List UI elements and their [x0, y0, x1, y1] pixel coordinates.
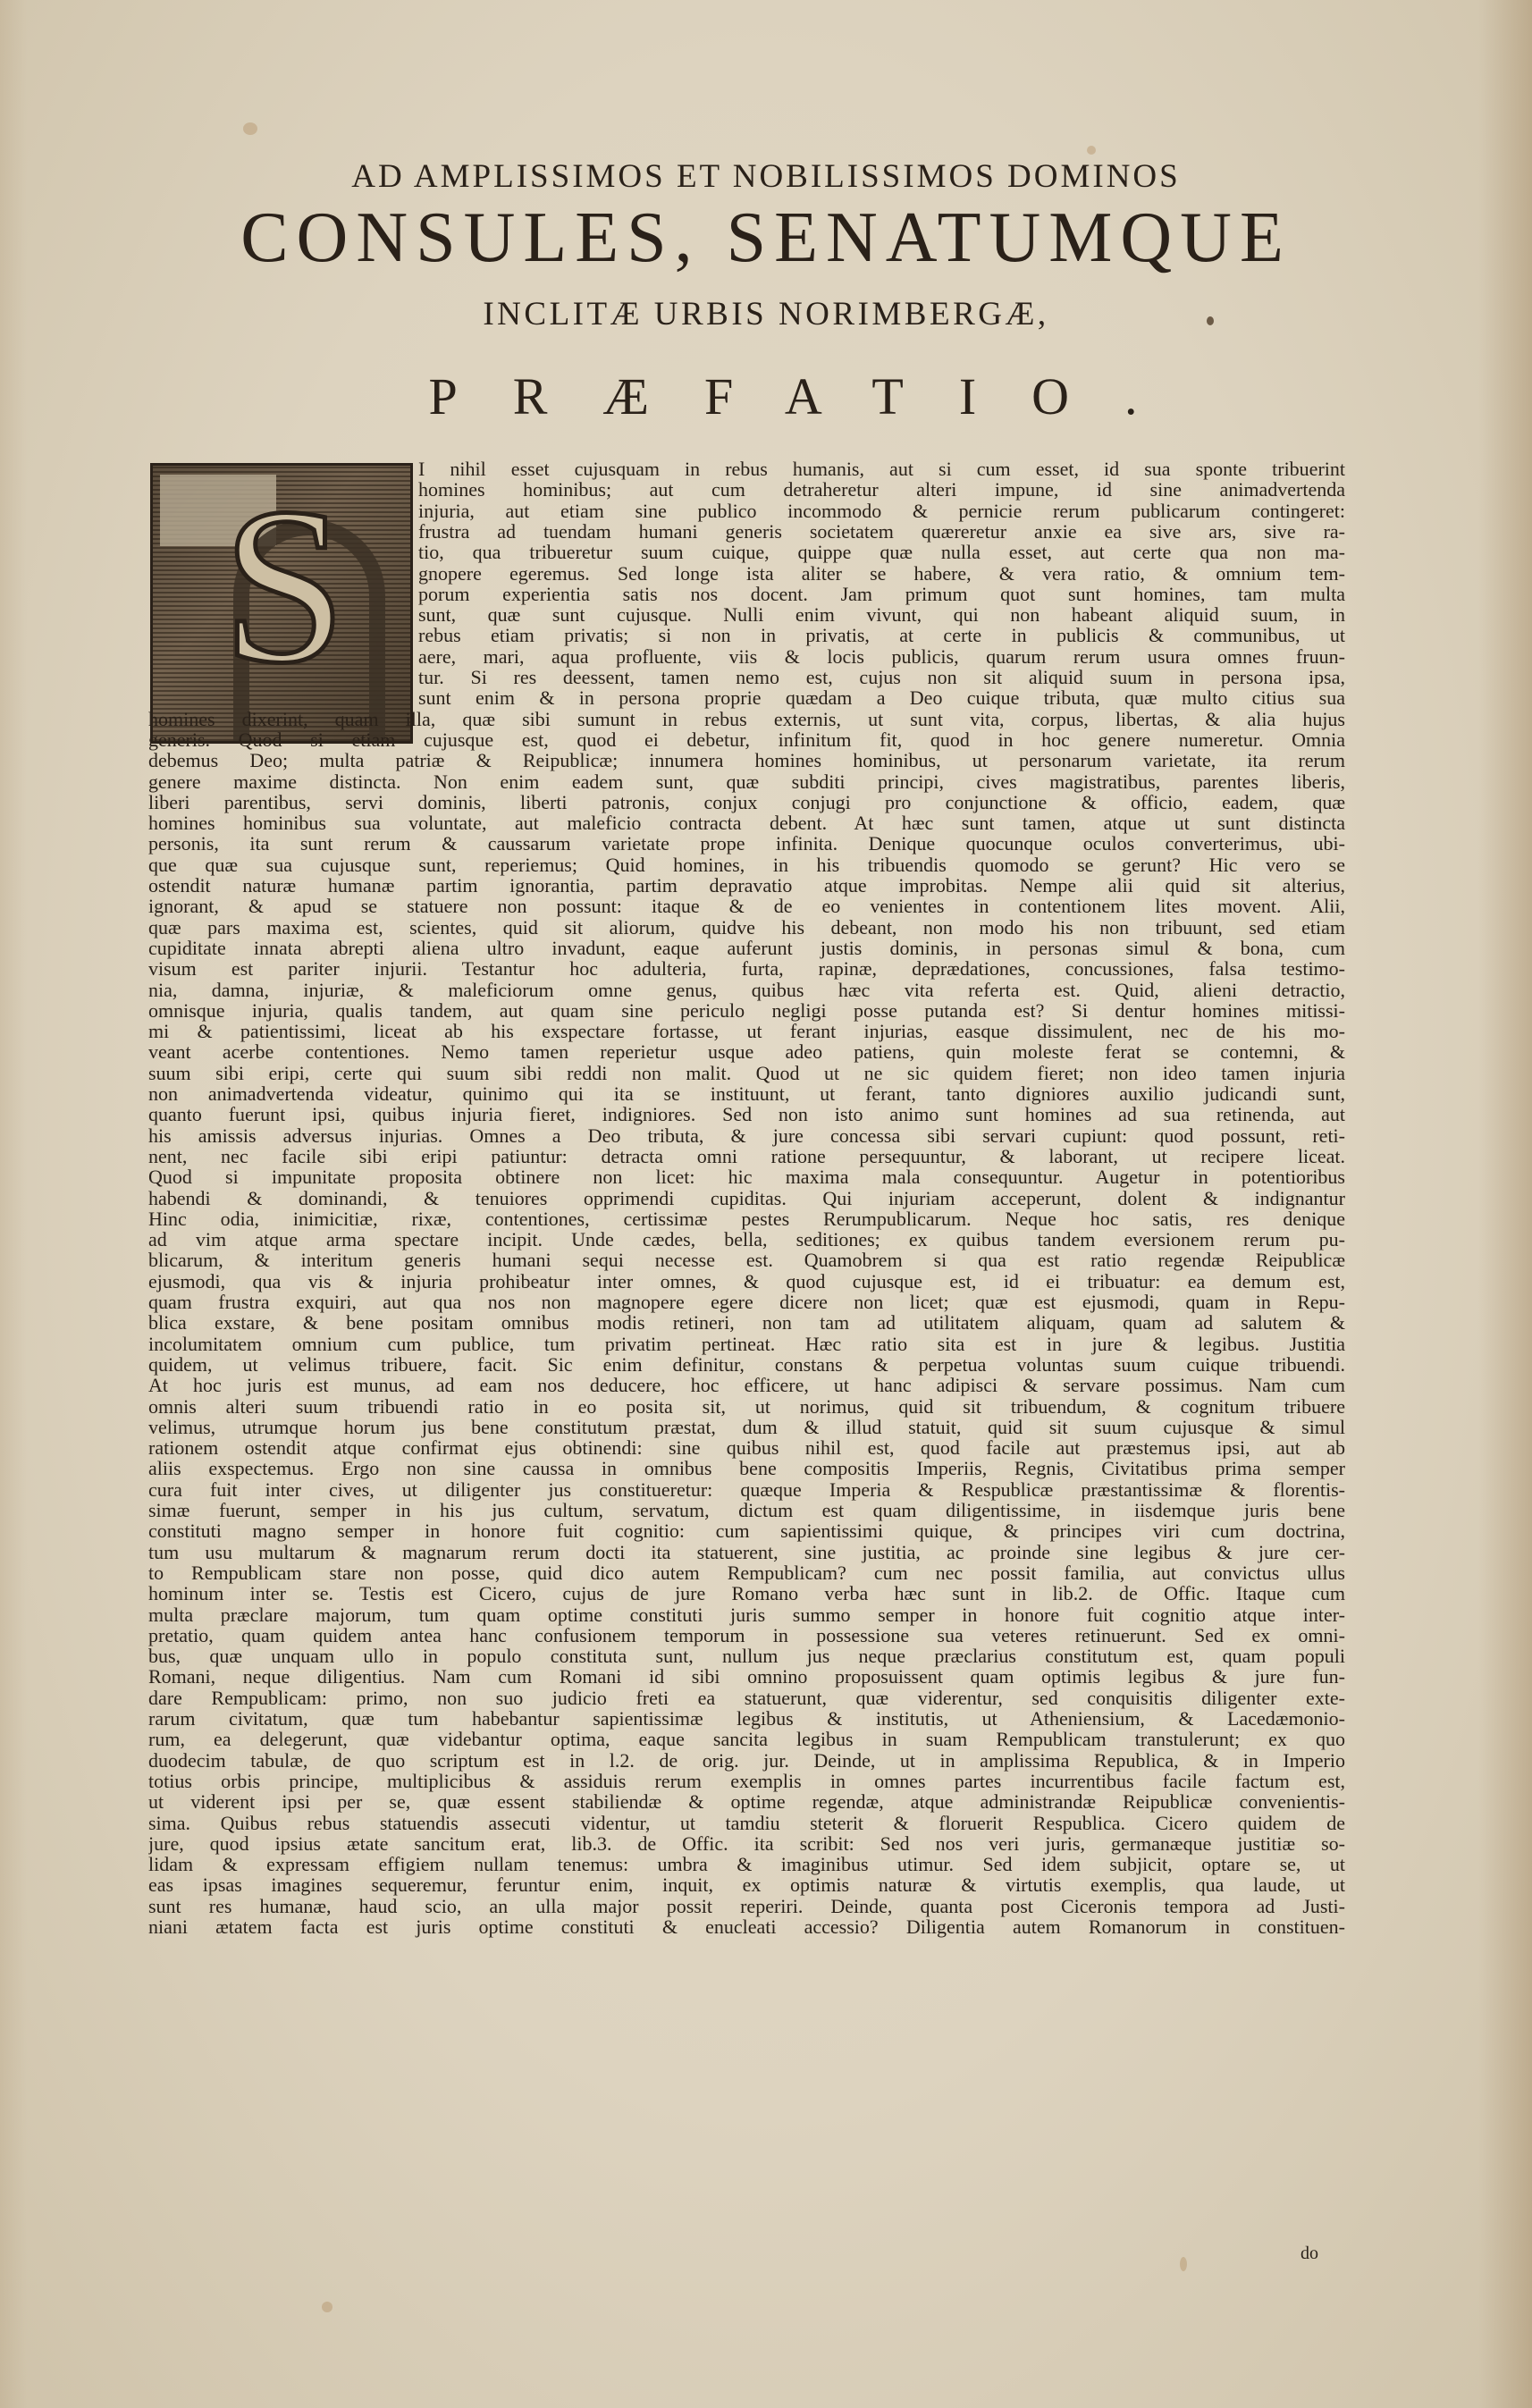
text-line: sunt res humanæ, haud scio, an ulla majo…: [148, 1896, 1345, 1917]
text-line: suum sibi eripi, certe qui suum sibi red…: [148, 1063, 1345, 1084]
text-line: frustra ad tuendam humani generis societ…: [418, 521, 1345, 543]
text-line: rationem ostendit atque confirmat ejus o…: [148, 1437, 1345, 1459]
text-line: blica exstare, & bene positam omnibus mo…: [148, 1312, 1345, 1334]
text-line: sunt enim & in persona proprie quædam a …: [418, 687, 1345, 709]
text-line: quidem, ut velimus tribuere, facit. Sic …: [148, 1354, 1345, 1376]
text-line: bus, quæ unquam ullo in populo constitut…: [148, 1646, 1345, 1667]
page-shadow-left: [0, 0, 27, 2408]
text-line: sima. Quibus rebus statuendis assecuti v…: [148, 1813, 1345, 1834]
text-line: niani ætatem facta est juris optime cons…: [148, 1916, 1345, 1938]
text-line: constituti magno semper in honore fuit c…: [148, 1520, 1345, 1542]
text-line: sunt, quæ sunt cujusque. Nulli enim vivu…: [418, 604, 1345, 626]
text-line: multa præclare majorum, tum quam optime …: [148, 1604, 1345, 1626]
text-line: rum, ea delegerunt, quæ videbantur optim…: [148, 1729, 1345, 1750]
text-line: ejusmodi, qua vis & injuria prohibeatur …: [148, 1271, 1345, 1292]
text-line: ut viderent ipsi per se, quæ essent stab…: [148, 1791, 1345, 1813]
text-line: cupiditate innata abrepti aliena ultro i…: [148, 938, 1345, 959]
text-line: homines dixerint, quam illa, quæ sibi su…: [148, 709, 1345, 730]
text-line: gnopere egeremus. Sed longe ista aliter …: [418, 563, 1345, 585]
text-line: generis. Quod si etiam cujusque est, quo…: [148, 729, 1345, 751]
text-line: ignorant, & apud se statuere non possunt…: [148, 896, 1345, 917]
dedication-city: INCLITÆ URBIS NORIMBERGÆ,: [0, 295, 1532, 333]
text-line: dare Rempublicam: primo, non suo judicio…: [148, 1688, 1345, 1709]
text-line: totius orbis principe, multiplicibus & a…: [148, 1771, 1345, 1792]
text-line: mi & patientissimi, liceat ab his exspec…: [148, 1021, 1345, 1042]
text-line: aere, mari, aqua profluente, viis & loci…: [418, 646, 1345, 668]
text-line: tum usu multarum & magnarum rerum docti …: [148, 1542, 1345, 1563]
text-line: blicarum, & interitum generis humani seq…: [148, 1250, 1345, 1271]
text-line: quanto fuerunt ipsi, quibus injuria fier…: [148, 1104, 1345, 1125]
dedication-line: AD AMPLISSIMOS ET NOBILISSIMOS DOMINOS: [0, 157, 1532, 196]
foxing-spot: [1180, 2257, 1187, 2271]
text-line: genere maxime distincta. Non enim eadem …: [148, 771, 1345, 793]
dedication-title: CONSULES, SENATUMQUE: [0, 202, 1532, 274]
text-line: liberi parentibus, servi dominis, libert…: [148, 792, 1345, 813]
foxing-spot: [322, 2302, 332, 2312]
text-line: omnis alteri suum tribuendi ratio in eo …: [148, 1396, 1345, 1418]
text-line: homines hominibus sua voluntate, aut mal…: [148, 812, 1345, 834]
text-line: injuria, aut etiam sine publico incommod…: [418, 501, 1345, 522]
text-line: hominum inter se. Testis est Cicero, cuj…: [148, 1583, 1345, 1604]
text-line: nent, nec facile sibi eripi patiuntur: d…: [148, 1146, 1345, 1167]
section-heading: PRÆFATIO.: [0, 366, 1532, 426]
text-line: eas ipsas imagines sequeremur, feruntur …: [148, 1874, 1345, 1896]
text-line: ostendit naturæ humanæ partim ignorantia…: [148, 875, 1345, 897]
text-line: quam frustra exquiri, aut qua nos non ma…: [148, 1292, 1345, 1313]
text-line: duodecim tabulæ, de quo scriptum est in …: [148, 1750, 1345, 1772]
text-line: debemus Deo; multa patriæ & Reipublicæ; …: [148, 750, 1345, 771]
text-line: Romani, neque diligentius. Nam cum Roman…: [148, 1666, 1345, 1688]
text-line: habendi & dominandi, & tenuiores opprime…: [148, 1188, 1345, 1209]
decorated-initial-icon: S: [150, 463, 413, 744]
foxing-spot: [243, 122, 257, 135]
text-line: rebus etiam privatis; si non in privatis…: [418, 625, 1345, 646]
text-line: I nihil esset cujusquam in rebus humanis…: [418, 459, 1345, 480]
text-line: que quæ sua cujusque sunt, reperiemus; Q…: [148, 855, 1345, 876]
text-line: nia, damna, injuriæ, & maleficiorum omne…: [148, 980, 1345, 1001]
text-line: ad vim atque arma spectare incipit. Unde…: [148, 1229, 1345, 1250]
text-line: omnisque injuria, qualis tandem, aut qua…: [148, 1000, 1345, 1022]
initial-letter: S: [153, 475, 413, 698]
text-line: cura fuit inter cives, ut diligenter jus…: [148, 1479, 1345, 1501]
book-page: AD AMPLISSIMOS ET NOBILISSIMOS DOMINOS C…: [0, 0, 1532, 2408]
text-line: his amissis adversus injurias. Omnes a D…: [148, 1125, 1345, 1147]
text-line: to Rempublicam stare non posse, quid dic…: [148, 1562, 1345, 1584]
text-line: pretatio, quam quidem antea hanc confusi…: [148, 1625, 1345, 1646]
text-line: At hoc juris est munus, ad eam nos deduc…: [148, 1375, 1345, 1396]
text-line: Quod si impunitate proposita obtinere no…: [148, 1166, 1345, 1188]
text-line: rarum civitatum, quæ tum habebantur sapi…: [148, 1708, 1345, 1730]
text-line: incolumitatem omnium cum publice, tum pr…: [148, 1334, 1345, 1355]
text-line: homines hominibus; aut cum detraheretur …: [418, 479, 1345, 501]
text-line: porum experientia satis nos docent. Jam …: [418, 584, 1345, 605]
text-line: jure, quod ipsius ætate sancitum erat, l…: [148, 1833, 1345, 1855]
text-line: tio, qua tribueretur suum cuique, quippe…: [418, 542, 1345, 563]
text-line: lidam & expressam effigiem nullam tenemu…: [148, 1854, 1345, 1875]
catchword: do: [1301, 2244, 1318, 2264]
text-line: visum est pariter injurii. Testantur hoc…: [148, 958, 1345, 980]
text-line: non animadvertenda videatur, quinimo qui…: [148, 1083, 1345, 1105]
text-line: tur. Si res deessent, tamen nemo est, cu…: [418, 667, 1345, 688]
page-shadow-right: [1478, 0, 1532, 2408]
text-line: Hinc odia, inimicitiæ, rixæ, contentione…: [148, 1208, 1345, 1230]
text-line: quæ pars maxima est, scientes, quid sit …: [148, 917, 1345, 939]
foxing-spot: [1087, 146, 1096, 155]
text-line: aliis exspectemus. Ergo non sine caussa …: [148, 1458, 1345, 1479]
text-line: velimus, utrumque horum jus bene constit…: [148, 1417, 1345, 1438]
text-line: veant acerbe contentiones. Nemo tamen re…: [148, 1041, 1345, 1063]
text-line: simæ fuerunt, semper in his jus cultum, …: [148, 1500, 1345, 1521]
text-line: personis, ita sunt rerum & caussarum var…: [148, 833, 1345, 855]
